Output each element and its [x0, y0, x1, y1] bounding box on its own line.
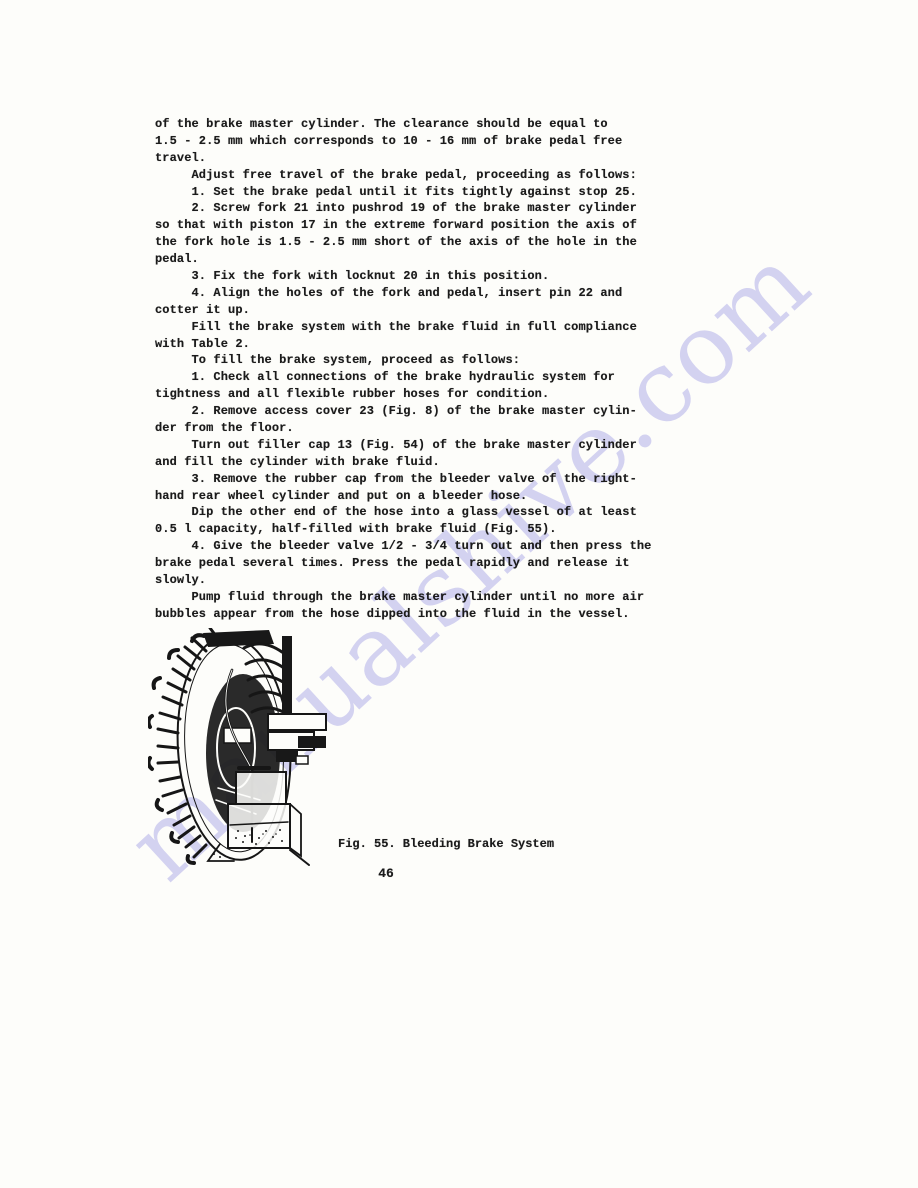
text-line: the fork hole is 1.5 - 2.5 mm short of t… [155, 234, 651, 251]
text-line: bubbles appear from the hose dipped into… [155, 606, 651, 623]
text-line: der from the floor. [155, 420, 651, 437]
text-line: 3. Remove the rubber cap from the bleede… [155, 471, 651, 488]
text-line: travel. [155, 150, 651, 167]
text-line: tightness and all flexible rubber hoses … [155, 386, 651, 403]
text-line: 4. Align the holes of the fork and pedal… [155, 285, 651, 302]
body-text: of the brake master cylinder. The cleara… [155, 116, 651, 623]
text-line: with Table 2. [155, 336, 651, 353]
text-line: pedal. [155, 251, 651, 268]
figure-caption: Fig. 55. Bleeding Brake System [338, 837, 554, 851]
text-line: Turn out filler cap 13 (Fig. 54) of the … [155, 437, 651, 454]
text-line: hand rear wheel cylinder and put on a bl… [155, 488, 651, 505]
text-line: brake pedal several times. Press the ped… [155, 555, 651, 572]
text-line: 1.5 - 2.5 mm which corresponds to 10 - 1… [155, 133, 651, 150]
text-line: of the brake master cylinder. The cleara… [155, 116, 651, 133]
text-line: so that with piston 17 in the extreme fo… [155, 217, 651, 234]
bleeding-brake-system-illustration [148, 628, 328, 868]
text-line: 2. Screw fork 21 into pushrod 19 of the … [155, 200, 651, 217]
figure-55-drawing [148, 628, 328, 868]
scanned-manual-page: manualshive.com of the brake master cyli… [0, 0, 918, 1188]
text-line: 2. Remove access cover 23 (Fig. 8) of th… [155, 403, 651, 420]
text-line: 3. Fix the fork with locknut 20 in this … [155, 268, 651, 285]
text-line: Dip the other end of the hose into a gla… [155, 504, 651, 521]
page-number: 46 [336, 866, 436, 881]
text-line: Fill the brake system with the brake flu… [155, 319, 651, 336]
text-line: 1. Set the brake pedal until it fits tig… [155, 184, 651, 201]
text-line: cotter it up. [155, 302, 651, 319]
text-line: Adjust free travel of the brake pedal, p… [155, 167, 651, 184]
text-line: and fill the cylinder with brake fluid. [155, 454, 651, 471]
text-line: slowly. [155, 572, 651, 589]
text-line: Pump fluid through the brake master cyli… [155, 589, 651, 606]
text-line: 4. Give the bleeder valve 1/2 - 3/4 turn… [155, 538, 651, 555]
text-line: 1. Check all connections of the brake hy… [155, 369, 651, 386]
text-line: 0.5 l capacity, half-filled with brake f… [155, 521, 651, 538]
text-line: To fill the brake system, proceed as fol… [155, 352, 651, 369]
